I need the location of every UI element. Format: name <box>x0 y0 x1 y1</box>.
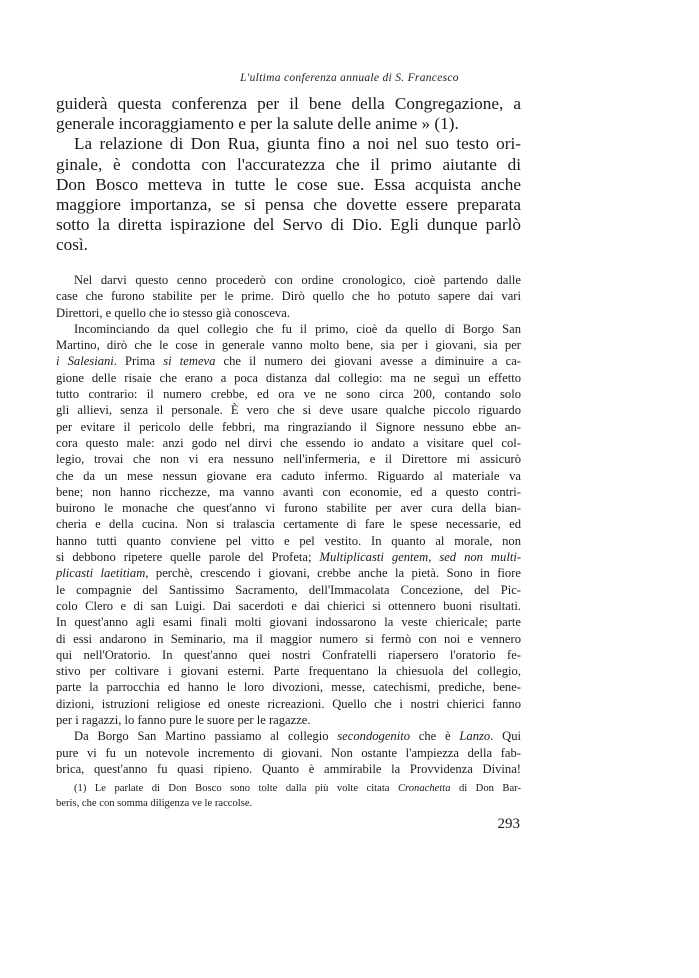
footnote-marker: (1) <box>74 783 86 794</box>
book-page: L'ultima conferenza annuale di S. France… <box>0 0 699 978</box>
page-number: 293 <box>468 816 520 833</box>
footnote-line: (1) Le parlate di Don Bosco sono tolte d… <box>56 782 521 797</box>
text-line: Da Borgo San Martino passiamo al collegi… <box>56 728 521 744</box>
text-line: Don Bosco metteva in tutte le cose sue. … <box>56 175 521 195</box>
text-line: Incominciando da quel collegio che fu il… <box>56 321 521 337</box>
text-line: pure vi fu un notevole incremento di gio… <box>56 745 521 761</box>
text-line: che da un mese nessun giovane era caduto… <box>56 468 521 484</box>
footnote: (1) Le parlate di Don Bosco sono tolte d… <box>56 782 521 811</box>
text-line: buirono le monache che quest'anno vi fur… <box>56 500 521 516</box>
text-line: plicasti laetitiam, perchè, crescendo i … <box>56 565 521 581</box>
text-line: maggiore importanza, se si pensa che dov… <box>56 195 521 215</box>
text-line: generale incoraggiamento e per la salute… <box>56 114 521 134</box>
text-line: sotto la diretta ispirazione del Servo d… <box>56 215 521 235</box>
text-line: parte la parrocchia ed hanno le loro div… <box>56 679 521 695</box>
text-line: stivo per coltivare i giovani esterni. P… <box>56 663 521 679</box>
text-line: tutto contrario: il numero crebbe, ed or… <box>56 386 521 402</box>
text-line: In quest'anno agli esami finali molti gi… <box>56 614 521 630</box>
text-line: bene; non hanno ricchezze, ma vanno avan… <box>56 484 521 500</box>
intro-text: guiderà questa conferenza per il bene de… <box>56 94 521 256</box>
text-line: Martino, dirò che le cose in generale va… <box>56 337 521 353</box>
text-line: ginale, è condotta con l'accuratezza che… <box>56 155 521 175</box>
text-line: brica, quest'anno fu quasi ripieno. Quan… <box>56 761 521 777</box>
text-line: hanno tutti quanto conviene pel vitto e … <box>56 533 521 549</box>
footnote-line: beris, che con somma diligenza ve le rac… <box>56 797 521 812</box>
text-line: guiderà questa conferenza per il bene de… <box>56 94 521 114</box>
text-line: cheria e della cucina. Non si tralascia … <box>56 516 521 532</box>
text-line: le compagnie del Santissimo Sacramento, … <box>56 582 521 598</box>
text-line: Direttori, e quello che io stesso già co… <box>56 305 521 321</box>
text-line: dizioni, istruzioni religiose ed oneste … <box>56 696 521 712</box>
text-line: gli allievi, senza il personale. È vero … <box>56 402 521 418</box>
text-line: legio, trovai che non vi era nessuno nel… <box>56 451 521 467</box>
text-line: gione delle risaie che erano a poca dist… <box>56 370 521 386</box>
text-line: si debbono ripetere quelle parole del Pr… <box>56 549 521 565</box>
text-line: per i ragazzi, lo fanno pure le suore pe… <box>56 712 521 728</box>
text-line: La relazione di Don Rua, giunta fino a n… <box>56 134 521 154</box>
text-line: di essi andarono in Seminario, ma il mag… <box>56 631 521 647</box>
text-line: Nel darvi questo cenno procederò con ord… <box>56 272 521 288</box>
text-line: cora questo male: anzi godo nel dirvi ch… <box>56 435 521 451</box>
running-head: L'ultima conferenza annuale di S. France… <box>0 72 699 84</box>
text-line: i Salesiani. Prima si temeva che il nume… <box>56 353 521 369</box>
text-line: case che furono stabilite per le prime. … <box>56 288 521 304</box>
footnote-italic-title: Cronachetta <box>398 783 451 794</box>
text-line: colo Clero e di san Luigi. Dai sacerdoti… <box>56 598 521 614</box>
text-line: così. <box>56 235 521 255</box>
report-text: Nel darvi questo cenno procederò con ord… <box>56 272 521 777</box>
text-line: per evitare il pericolo delle febbri, ma… <box>56 419 521 435</box>
text-line: qui nell'Oratorio. In quest'anno quei no… <box>56 647 521 663</box>
